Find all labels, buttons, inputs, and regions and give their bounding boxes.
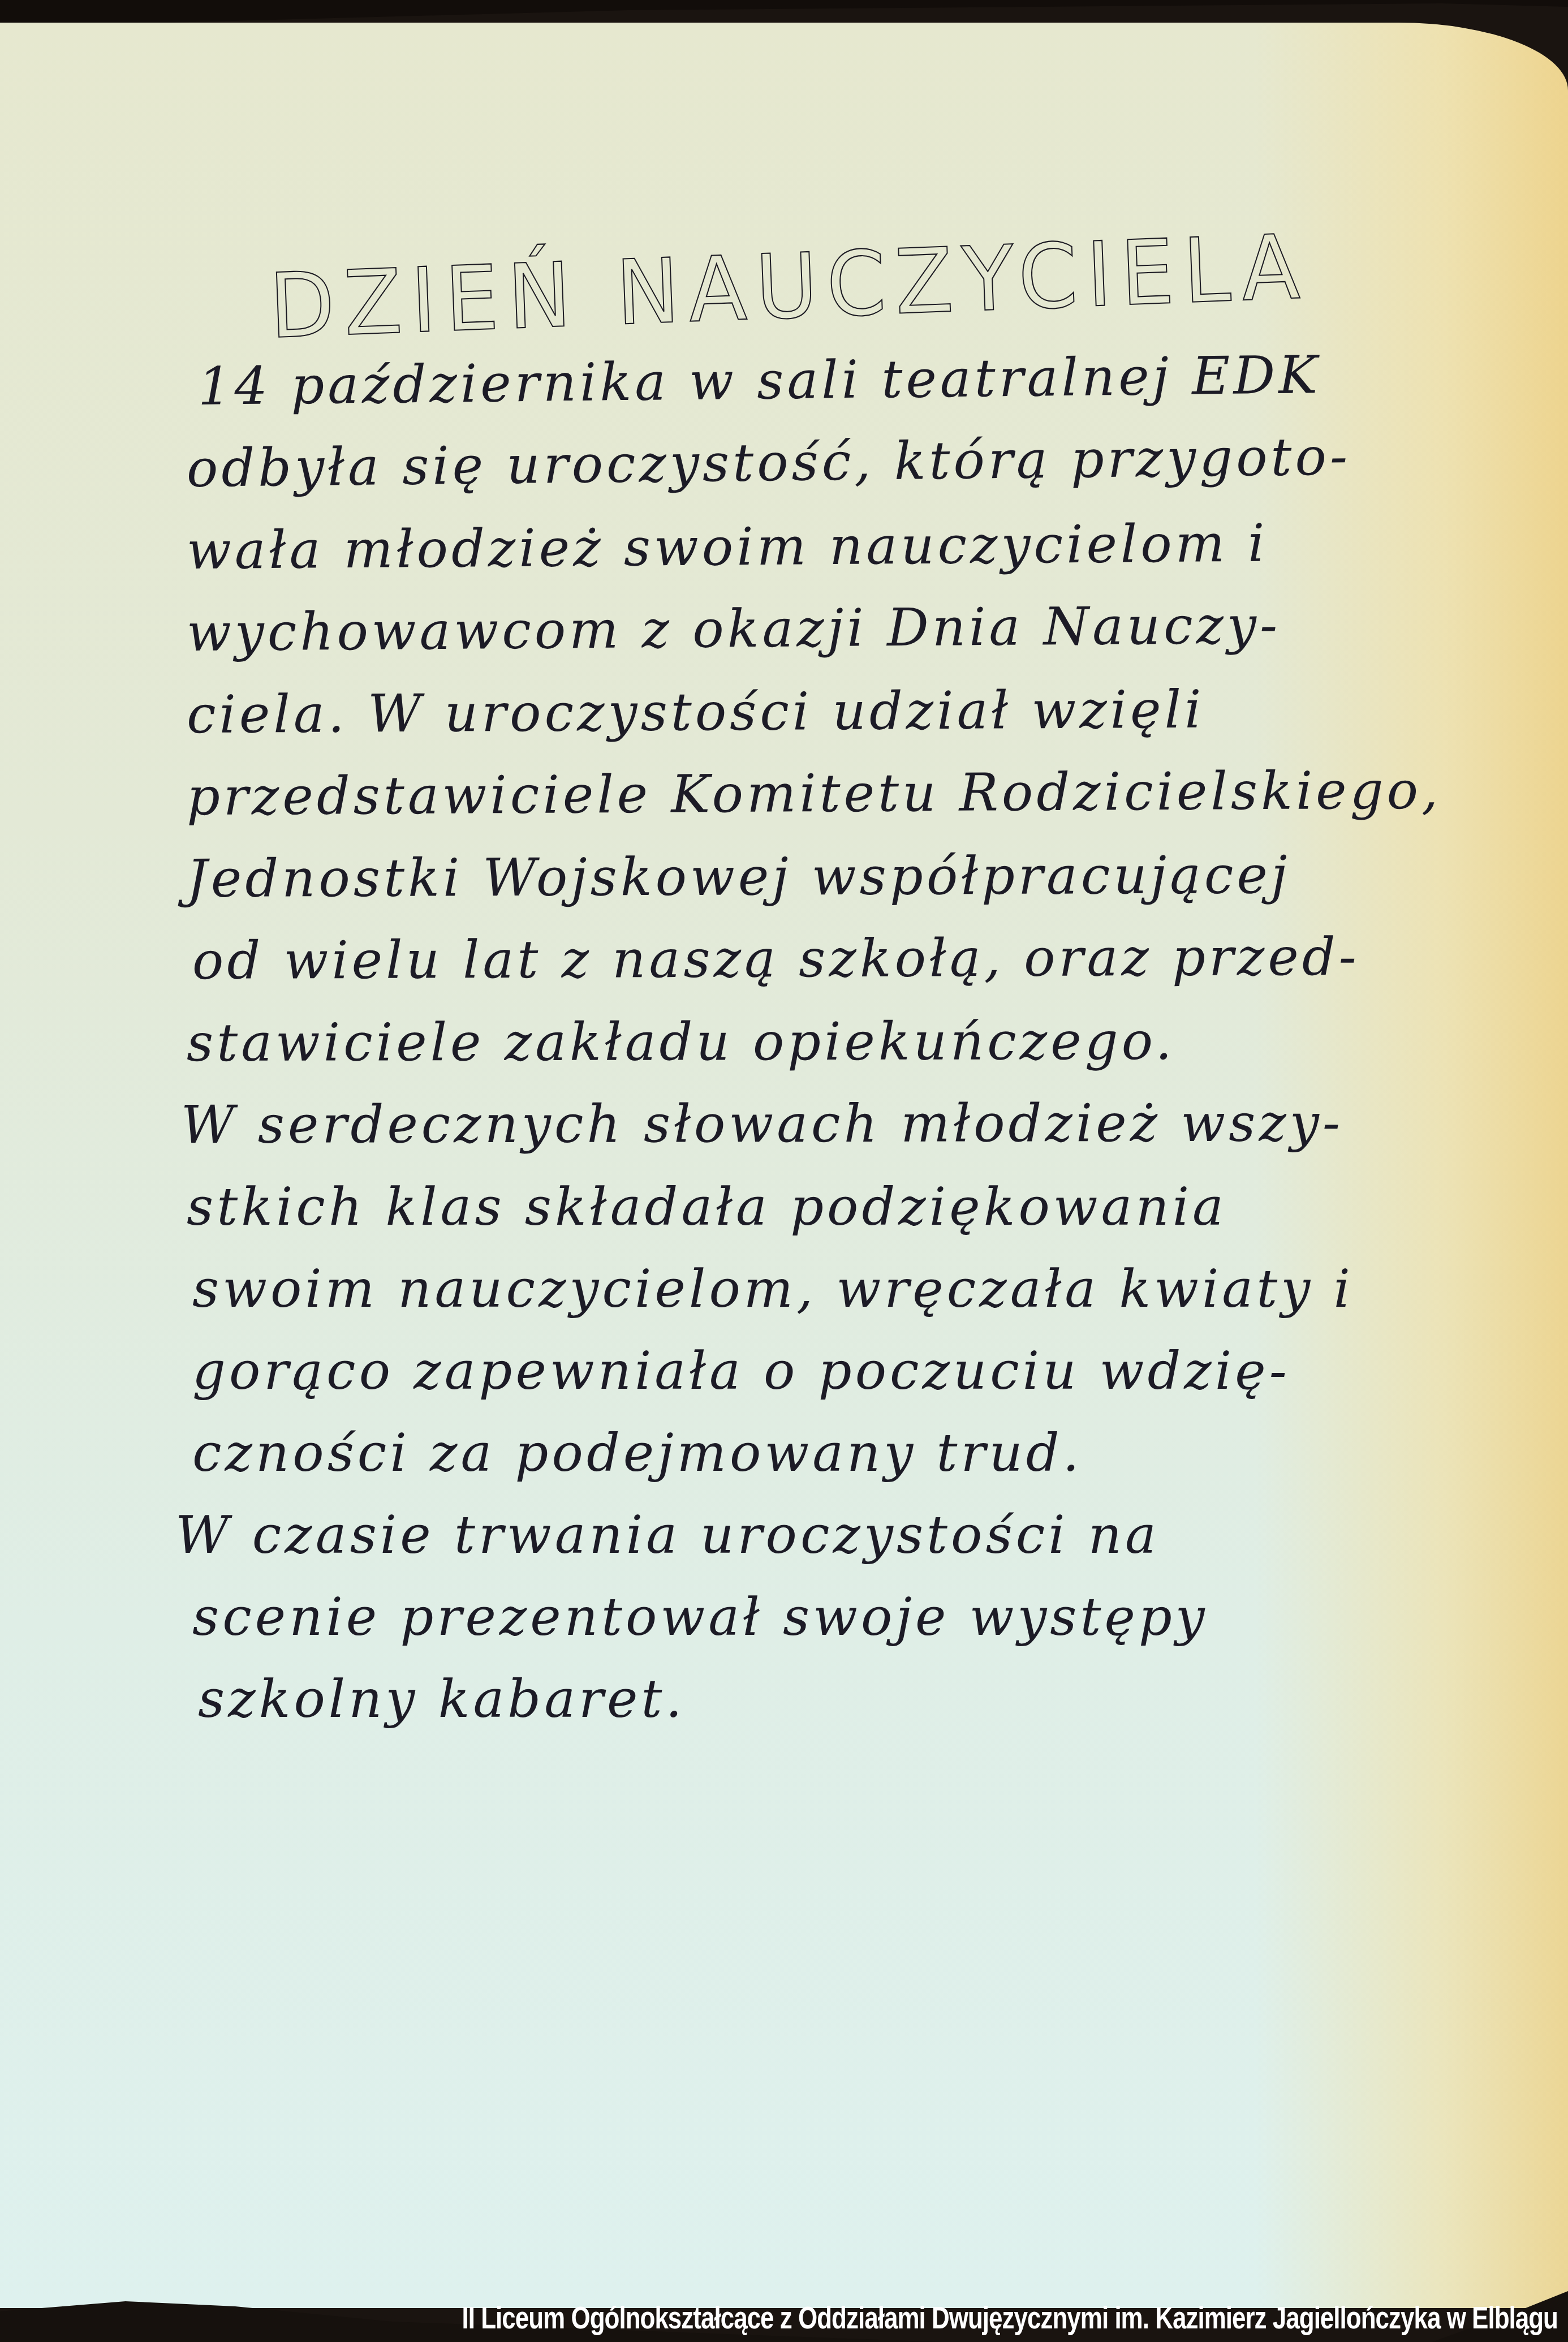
text-line: odbyła się uroczystość, którą przygoto- <box>186 426 1351 499</box>
text-line: W czasie trwania uroczystości na <box>175 1505 1160 1565</box>
text-line: przedstawiciele Komitetu Rodzicielskiego… <box>187 760 1442 827</box>
text-line: stkich klas składała podziękowania <box>187 1177 1227 1237</box>
text-line: czności za podejmowany trud. <box>192 1423 1083 1483</box>
text-line: gorąco zapewniała o poczuciu wdzię- <box>192 1341 1290 1401</box>
text-line: ciela. W uroczystości udział wzięli <box>187 679 1205 745</box>
text-line: wychowawcom z okazji Dnia Nauczy- <box>187 595 1281 663</box>
watermark: II Liceum Ogólnokształcące z Oddziałami … <box>462 2301 1558 2337</box>
text-line: wała młodzież swoim nauczycielom i <box>187 513 1268 581</box>
text-line: od wielu lat z naszą szkołą, oraz przed- <box>192 927 1360 991</box>
text-line: W serdecznych słowach młodzież wszy- <box>181 1092 1343 1155</box>
text-line: scenie prezentował swoje występy <box>192 1587 1208 1647</box>
text-line: Jednostki Wojskowej współpracującej <box>187 845 1291 909</box>
page-title: DZIEŃ NAUCZYCIELA <box>268 216 1311 359</box>
text-line: 14 października w sali teatralnej EDK <box>197 345 1321 417</box>
text-line: swoim nauczycielom, wręczała kwiaty i <box>192 1259 1354 1319</box>
notebook-page: DZIEŃ NAUCZYCIELA 14 października w sali… <box>0 23 1568 2308</box>
text-line: szkolny kabaret. <box>198 1669 686 1729</box>
text-line: stawiciele zakładu opiekuńczego. <box>187 1011 1175 1073</box>
